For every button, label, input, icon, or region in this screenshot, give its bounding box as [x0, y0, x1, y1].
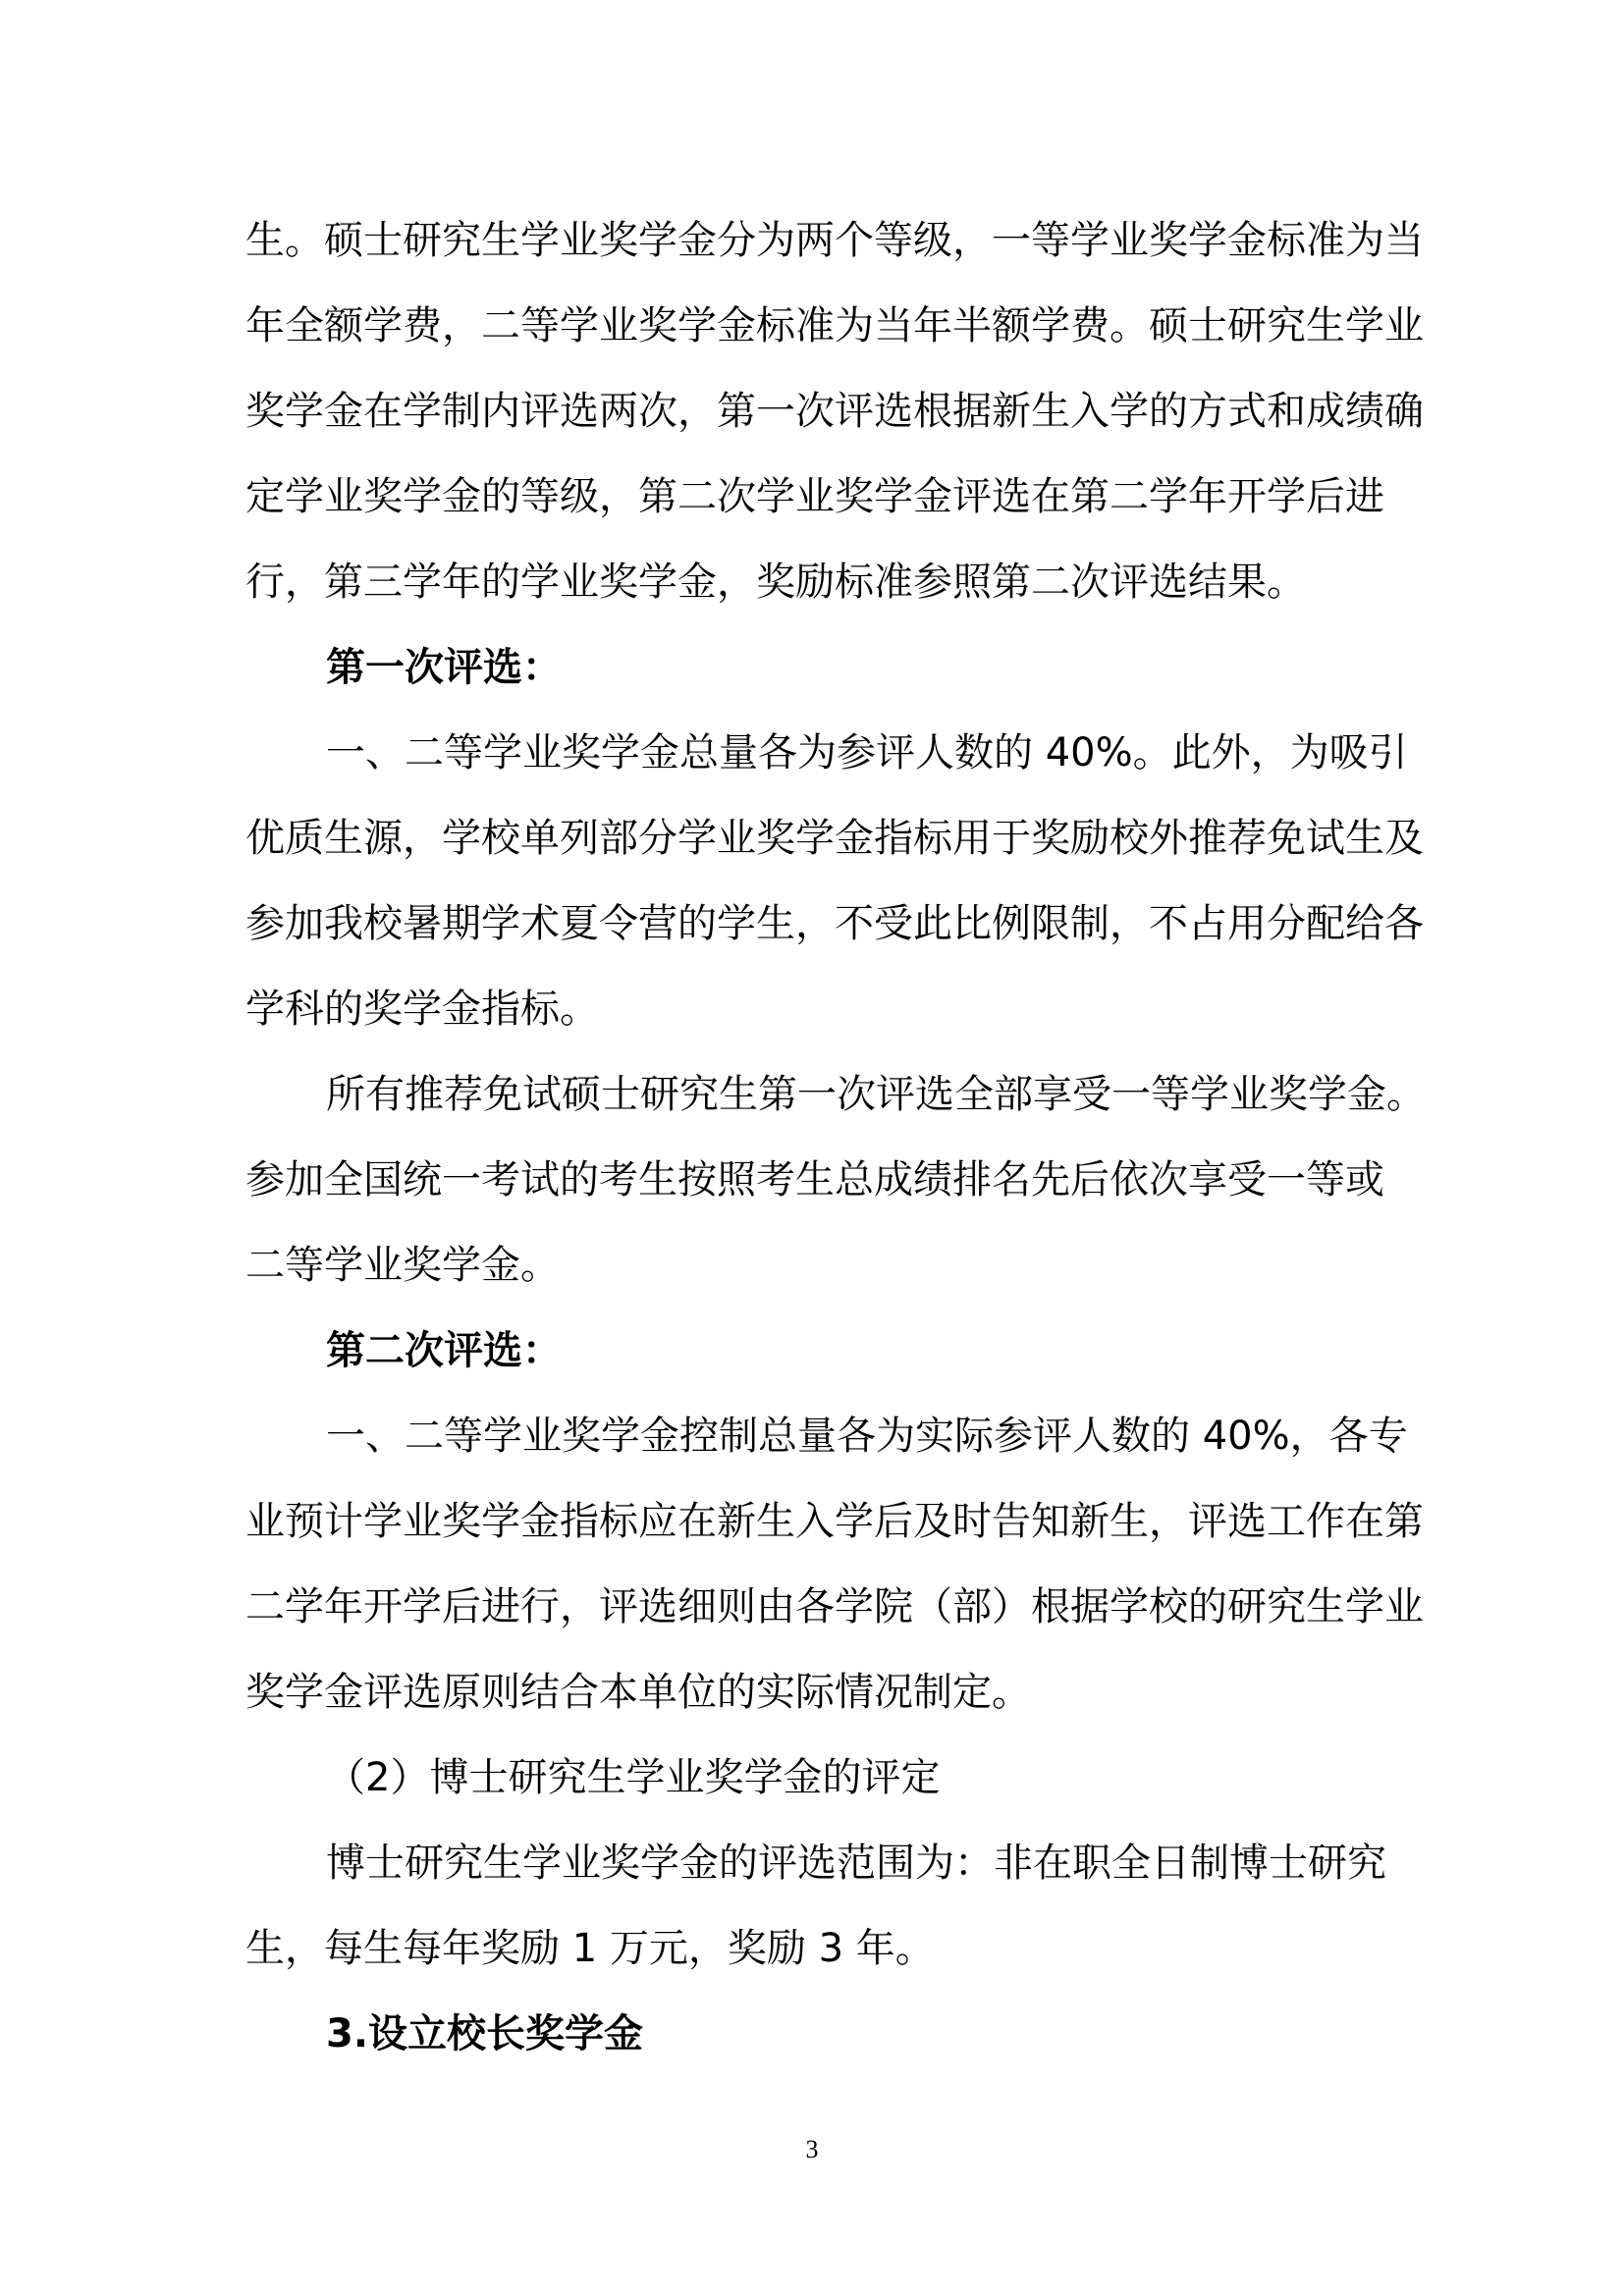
document-page: 生。硕士研究生学业奖学金分为两个等级，一等学业奖学金标准为当 年全额学费，二等学… — [0, 0, 1624, 2296]
section-heading-first-selection: 第一次评选： — [326, 625, 1380, 711]
paragraph-line: 业预计学业奖学金指标应在新生入学后及时告知新生，评选工作在第 — [245, 1479, 1380, 1565]
paragraph-line: 博士研究生学业奖学金的评选范围为：非在职全日制博士研究 — [326, 1821, 1380, 1906]
paragraph-line: 年全额学费，二等学业奖学金标准为当年半额学费。硕士研究生学业 — [245, 284, 1380, 369]
paragraph-line: 生，每生每年奖励 1 万元，奖励 3 年。 — [245, 1906, 1380, 1992]
paragraph-line: 一、二等学业奖学金控制总量各为实际参评人数的 40%，各专 — [326, 1394, 1380, 1479]
section-heading-second-selection: 第二次评选： — [326, 1308, 1380, 1394]
paragraph-line: 定学业奖学金的等级，第二次学业奖学金评选在第二学年开学后进 — [245, 454, 1380, 540]
paragraph-line: 奖学金评选原则结合本单位的实际情况制定。 — [245, 1650, 1380, 1735]
paragraph-line: 参加我校暑期学术夏令营的学生，不受此比例限制，不占用分配给各 — [245, 881, 1380, 967]
subsection-heading-doctoral: （2）博士研究生学业奖学金的评定 — [326, 1735, 1380, 1821]
paragraph-line: 行，第三学年的学业奖学金，奖励标准参照第二次评选结果。 — [245, 540, 1380, 625]
paragraph-line: 生。硕士研究生学业奖学金分为两个等级，一等学业奖学金标准为当 — [245, 198, 1380, 284]
paragraph-line: 二学年开学后进行，评选细则由各学院（部）根据学校的研究生学业 — [245, 1565, 1380, 1650]
paragraph-line: 学科的奖学金指标。 — [245, 967, 1380, 1052]
section-heading-president-scholarship: 3.设立校长奖学金 — [326, 1992, 1380, 2077]
paragraph-line: 优质生源，学校单列部分学业奖学金指标用于奖励校外推荐免试生及 — [245, 796, 1380, 881]
paragraph-line: 奖学金在学制内评选两次，第一次评选根据新生入学的方式和成绩确 — [245, 369, 1380, 454]
paragraph-line: 一、二等学业奖学金总量各为参评人数的 40%。此外，为吸引 — [326, 711, 1380, 796]
paragraph-line: 所有推荐免试硕士研究生第一次评选全部享受一等学业奖学金。 — [326, 1052, 1380, 1138]
paragraph-line: 二等学业奖学金。 — [245, 1223, 1380, 1308]
page-number: 3 — [0, 2132, 1624, 2167]
paragraph-line: 参加全国统一考试的考生按照考生总成绩排名先后依次享受一等或 — [245, 1138, 1380, 1223]
